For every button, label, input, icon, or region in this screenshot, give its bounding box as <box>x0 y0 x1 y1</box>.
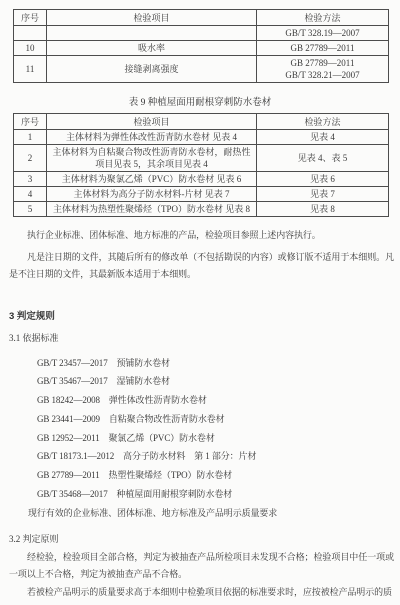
cell-no: 10 <box>14 41 47 56</box>
section-3-2-heading: 3.2 判定原则 <box>9 532 400 545</box>
table-header-row: 序号 检验项目 检验方法 <box>14 10 389 26</box>
header-cell-method: 检验方法 <box>257 10 389 26</box>
section-3-heading: 3 判定规则 <box>9 308 400 322</box>
standards-list: GB/T 23457—2017 预铺防水卷材 GB/T 35467—2017 湿… <box>0 354 400 523</box>
cell-method: 见表 4 <box>257 130 389 145</box>
table-header-row: 序号 检验项目 检验方法 <box>14 114 389 130</box>
standard-item: GB 12952—2011 聚氯乙烯（PVC）防水卷材 <box>37 429 400 448</box>
standard-item: GB/T 35467—2017 湿铺防水卷材 <box>37 372 400 391</box>
section-3-1-heading: 3.1 依据标准 <box>9 331 400 344</box>
cell-no: 3 <box>14 172 47 187</box>
cell-method: 见表 6 <box>257 172 389 187</box>
standard-item: GB/T 23457—2017 预铺防水卷材 <box>37 354 400 373</box>
header-cell-no: 序号 <box>14 10 47 26</box>
cell-item: 主体材料为热塑性聚烯烃（TPO）防水卷材 见表 8 <box>47 202 257 217</box>
cell-item: 主体材料为自粘聚合物改性沥青防水卷材，耐热性项目见表 5，其余项目见表 4 <box>47 145 257 172</box>
standard-item: 现行有效的企业标准、团体标准、地方标准及产品明示质量要求 <box>28 504 400 523</box>
standard-item: GB 23441—2009 自粘聚合物改性沥青防水卷材 <box>37 410 400 429</box>
header-cell-no: 序号 <box>14 114 47 130</box>
table-row: 3 主体材料为聚氯乙烯（PVC）防水卷材 见表 6 见表 6 <box>14 172 389 187</box>
cell-method: GB/T 328.19—2007 <box>257 26 389 41</box>
standard-item: GB 27789—2011 热塑性聚烯烃（TPO）防水卷材 <box>37 466 400 485</box>
standard-item: GB/T 35468—2017 种植屋面用耐根穿刺防水卷材 <box>37 485 400 504</box>
cell-no: 4 <box>14 187 47 202</box>
cell-method: 见表 7 <box>257 187 389 202</box>
cell-item <box>47 26 257 41</box>
cell-method: 见表 8 <box>257 202 389 217</box>
note-dated-documents: 凡是注日期的文件，其随后所有的修改单（不包括勘误的内容）或修订版不适用于本细则。… <box>9 249 394 284</box>
table-row: 1 主体材料为弹性体改性沥青防水卷材 见表 4 见表 4 <box>14 130 389 145</box>
note-enterprise-standards: 执行企业标准、团体标准、地方标准的产品，检验项目参照上述内容执行。 <box>9 227 394 245</box>
judgment-principle-paragraph: 经检验，检验项目全部合格，判定为被抽查产品所检项目未发现不合格；检验项目中任一项… <box>9 549 394 584</box>
table-row: 5 主体材料为热塑性聚烯烃（TPO）防水卷材 见表 8 见表 8 <box>14 202 389 217</box>
inspection-items-table-continuation: 序号 检验项目 检验方法 GB/T 328.19—2007 10 吸水率 GB … <box>13 9 389 83</box>
cell-no: 2 <box>14 145 47 172</box>
cell-item: 主体材料为高分子防水材料-片材 见表 7 <box>47 187 257 202</box>
document-page: 序号 检验项目 检验方法 GB/T 328.19—2007 10 吸水率 GB … <box>0 0 400 605</box>
cell-item: 接缝剥离强度 <box>47 56 257 83</box>
table-row: 11 接缝剥离强度 GB 27789—2011 GB/T 328.21—2007 <box>14 56 389 83</box>
header-cell-method: 检验方法 <box>257 114 389 130</box>
page-number: 7 <box>0 586 400 596</box>
cell-no: 1 <box>14 130 47 145</box>
cell-method: 见表 4、表 5 <box>257 145 389 172</box>
cell-item: 主体材料为弹性体改性沥青防水卷材 见表 4 <box>47 130 257 145</box>
table9: 序号 检验项目 检验方法 1 主体材料为弹性体改性沥青防水卷材 见表 4 见表 … <box>13 113 389 217</box>
cell-item: 主体材料为聚氯乙烯（PVC）防水卷材 见表 6 <box>47 172 257 187</box>
method-line: GB/T 328.21—2007 <box>260 69 385 81</box>
method-line: GB 27789—2011 <box>260 57 385 69</box>
cell-item: 吸水率 <box>47 41 257 56</box>
header-cell-item: 检验项目 <box>47 114 257 130</box>
table9-caption: 表 9 种植屋面用耐根穿刺防水卷材 <box>0 97 400 109</box>
header-cell-item: 检验项目 <box>47 10 257 26</box>
cell-no <box>14 26 47 41</box>
cell-no: 5 <box>14 202 47 217</box>
table-row: 10 吸水率 GB 27789—2011 <box>14 41 389 56</box>
cell-method: GB 27789—2011 GB/T 328.21—2007 <box>257 56 389 83</box>
cell-no: 11 <box>14 56 47 83</box>
cell-method: GB 27789—2011 <box>257 41 389 56</box>
table-row: 2 主体材料为自粘聚合物改性沥青防水卷材，耐热性项目见表 5，其余项目见表 4 … <box>14 145 389 172</box>
standard-item: GB/T 18173.1—2012 高分子防水材料 第 1 部分：片材 <box>37 447 400 466</box>
standard-item: GB 18242—2008 弹性体改性沥青防水卷材 <box>37 391 400 410</box>
table-row: 4 主体材料为高分子防水材料-片材 见表 7 见表 7 <box>14 187 389 202</box>
table-row: GB/T 328.19—2007 <box>14 26 389 41</box>
